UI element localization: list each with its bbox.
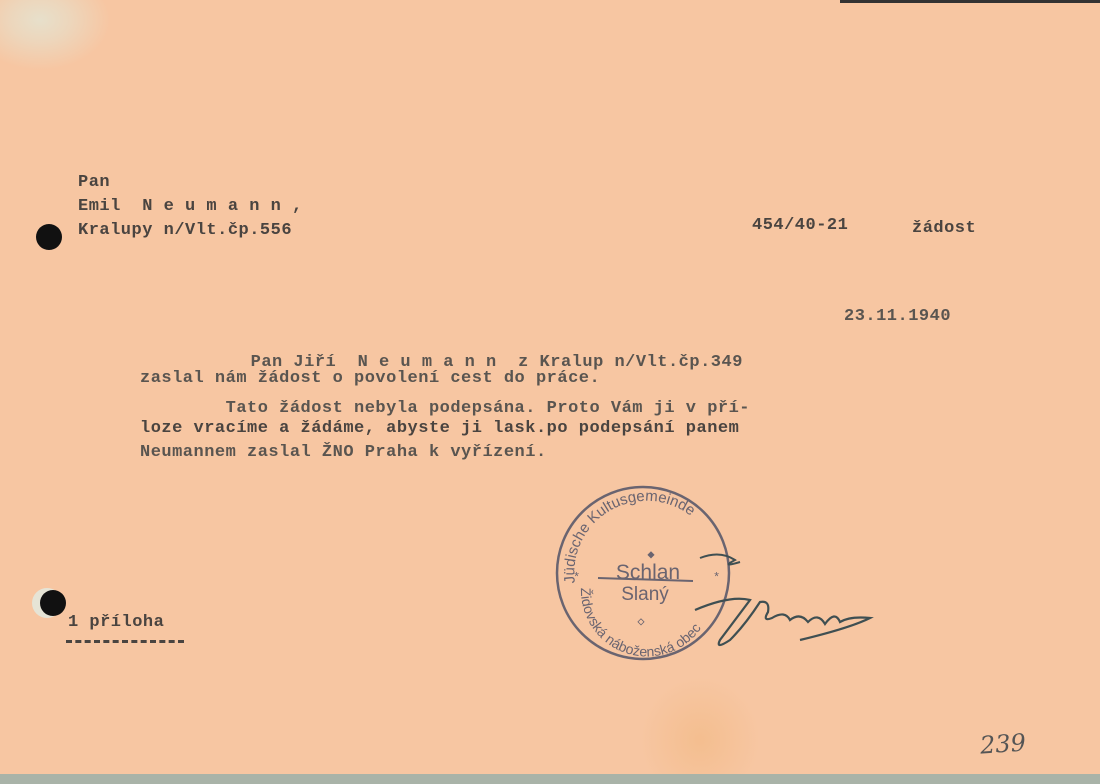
reference-number: 454/40-21 [752,215,848,237]
punch-hole-icon [36,224,62,250]
body-line: loze vracíme a žádáme, abyste ji lask.po… [140,418,739,440]
signature-icon [690,540,880,660]
recipient-salutation: Pan [78,172,110,194]
svg-text:◇: ◇ [637,615,645,629]
body-line: Neumannem zaslal ŽNO Praha k vyřízení. [140,442,547,464]
body-line: Tato žádost nebyla podepsána. Proto Vám … [140,398,750,420]
attachment-underline [66,640,184,643]
recipient-name: Emil N e u m a n n , [78,196,303,218]
page-edge [840,0,1100,3]
bottom-strip [0,774,1100,784]
body-line: zaslal nám žádost o povolení cest do prá… [140,368,600,390]
punch-hole-icon [40,590,66,616]
stamp-center-bottom: Slaný [621,584,669,605]
attachment-label: 1 příloha [68,612,164,634]
page-number: 239 [979,728,1027,759]
recipient-address: Kralupy n/Vlt.čp.556 [78,220,292,242]
svg-text:*: * [573,571,580,585]
svg-text:◆: ◆ [647,548,655,562]
document-date: 23.11.1940 [844,306,951,328]
reference-subject: žádost [912,218,976,240]
